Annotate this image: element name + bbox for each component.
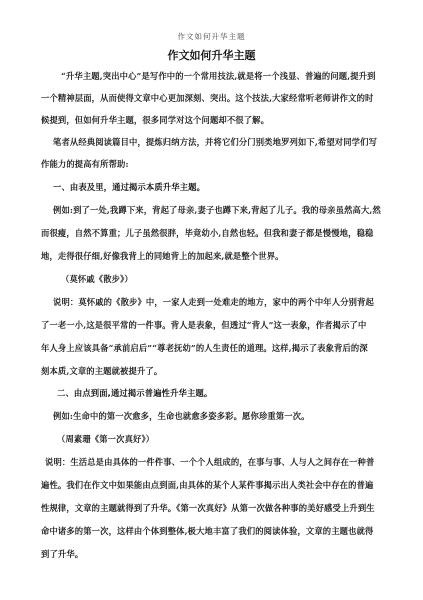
section-heading: 二、由点到面,通过揭示普遍性升华主题。 bbox=[57, 387, 402, 399]
paragraph-line: 地，走得很仔细,好像我背上的同她背上的加起来,就是整个世界。 bbox=[41, 250, 386, 262]
document-page: 作文如何升华主题 作文如何升华主题 “升华主题,突出中心”是写作中的一个常用技法… bbox=[0, 0, 423, 600]
paragraph-line: 例如:生命中的第一次愈多，生命也就愈多姿多彩。愿你珍重第一次。 bbox=[53, 410, 398, 422]
paragraph-line: 刻本质,文章的主题就被提升了。 bbox=[41, 365, 386, 377]
paragraph-line: 作能力的提高有所帮助: bbox=[41, 158, 386, 170]
paragraph-line: 命中诸多的第一次，这样由个体到整体,极大地丰富了我们的阅读体验，文章的主题也就得 bbox=[41, 525, 386, 537]
paragraph-line: （周素珊《第一次真好》） bbox=[57, 433, 402, 445]
paragraph-line: 性规律，文章的主题就得到了升华。《第一次真好》从第一次做各种事的美好感受上升到生 bbox=[41, 502, 386, 514]
document-title: 作文如何升华主题 bbox=[0, 47, 423, 63]
paragraph-line: 笔者从经典阅读篇目中，提炼归纳方法，并将它们分门别类地罗列如下,希望对同学们写 bbox=[53, 136, 398, 148]
paragraph-line: 一个精神层面，从而使得文章中心更加深刻、突出。这个技法,大家经常听老师讲作文的时 bbox=[41, 92, 386, 104]
paragraph-line: 到了升华。 bbox=[41, 548, 386, 560]
paragraph-line: 年人身上应该具备“承前启后”“尊老抚幼”的人生责任的道理。这样,揭示了表象背后的… bbox=[41, 342, 386, 354]
paragraph-line: 说明：莫怀戚的《散步》中，一家人走到一处难走的地方，家中的两个中年人分别背起 bbox=[53, 296, 398, 308]
running-header: 作文如何升华主题 bbox=[0, 31, 423, 42]
paragraph-line: （莫怀戚《散步》） bbox=[61, 273, 406, 285]
paragraph-line: 了一老一小,这是很平常的一件事。背人是表象，但透过“背人”这一表象，作者揭示了中 bbox=[41, 319, 386, 331]
paragraph-line: 而很瘦，自然不算重；儿子虽然很胖，毕竟幼小,自然也轻。但我和妻子都是慢慢地，稳稳 bbox=[41, 227, 386, 239]
paragraph-line: “升华主题,突出中心”是写作中的一个常用技法,就是将一个浅显、普遍的问题,提升到 bbox=[61, 70, 406, 82]
section-heading: 一、由表及里，通过揭示本质升华主题。 bbox=[53, 181, 398, 193]
paragraph-line: 遍性。我们在作文中如果能由点到面,由具体的某个人某件事揭示出人类社会中存在的普遍 bbox=[41, 479, 386, 491]
paragraph-line: 候提到，但如何升华主题，很多同学对这个问题却不很了解。 bbox=[41, 114, 386, 126]
paragraph-line: 说明：生活总是由具体的一件件事、一个个人组成的，在事与事、人与人之间存在一种普 bbox=[45, 456, 390, 468]
paragraph-line: 例如:到了一处,我蹲下来，背起了母亲,妻子也蹲下来,背起了儿子。我的母亲虽然高大… bbox=[53, 204, 398, 216]
